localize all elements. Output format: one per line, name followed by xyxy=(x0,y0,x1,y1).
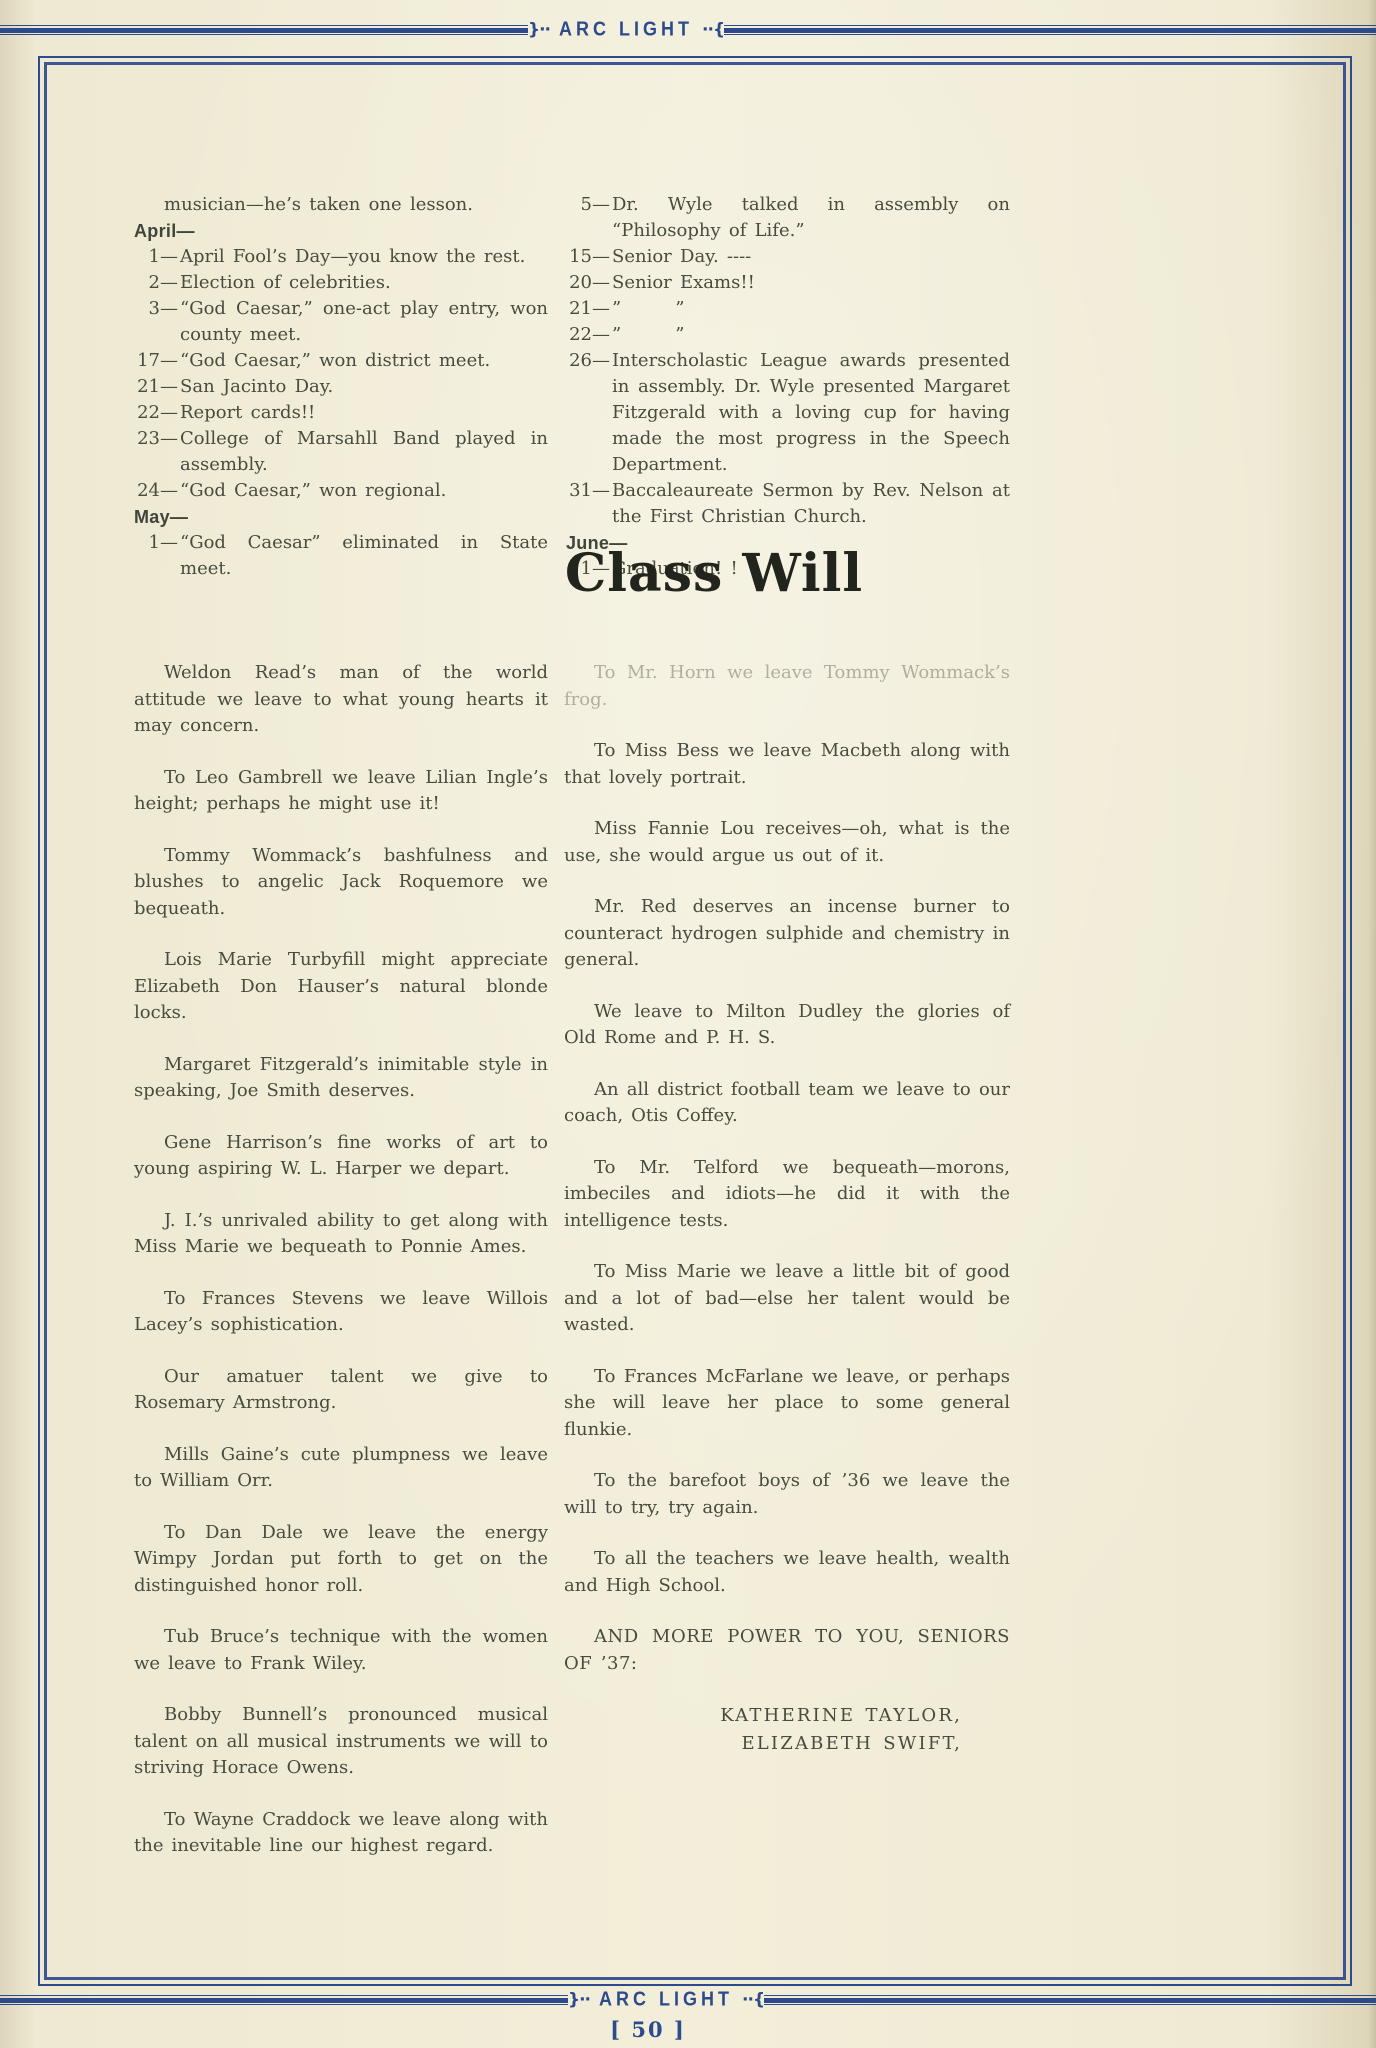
calendar-entry: 26—Interscholastic League awards present… xyxy=(566,348,1010,478)
page-number: [ 50 ] xyxy=(0,2017,1336,2042)
calendar-entry-text: ” ” xyxy=(612,296,1010,322)
will-paragraph: To Miss Marie we leave a little bit of g… xyxy=(564,1259,1010,1339)
will-paragraph: Margaret Fitzgerald’s inimitable style i… xyxy=(134,1052,548,1105)
will-paragraph: To Mr. Telford we bequeath—morons, imbec… xyxy=(564,1155,1010,1235)
calendar-entry-day: 31— xyxy=(566,478,610,530)
calendar-entry-day: 26— xyxy=(566,348,610,478)
rule-finial-right-icon xyxy=(742,1994,764,2006)
will-paragraph: To Frances Stevens we leave Willois Lace… xyxy=(134,1286,548,1339)
calendar-entry: 5—Dr. Wyle talked in assembly on “Philos… xyxy=(566,192,1010,244)
signature-block: KATHERINE TAYLOR,ELIZABETH SWIFT, xyxy=(564,1702,1010,1758)
calendar-entry-day: 3— xyxy=(134,296,178,348)
calendar-entry-text: Dr. Wyle talked in assembly on “Philosop… xyxy=(612,192,1010,244)
calendar-entry-day: 20— xyxy=(566,270,610,296)
will-paragraph: To all the teachers we leave health, wea… xyxy=(564,1546,1010,1599)
calendar-entry-text: ” ” xyxy=(612,322,1010,348)
will-paragraph: J. I.’s unrivaled ability to get along w… xyxy=(134,1208,548,1261)
footer-band: ARC LIGHT xyxy=(0,1989,1376,2010)
calendar-month-label: May— xyxy=(134,504,548,530)
calendar-entry-text: Senior Exams!! xyxy=(612,270,1010,296)
calendar-entry-text: Interscholastic League awards presented … xyxy=(612,348,1010,478)
calendar-entry: 31—Baccaleaureate Sermon by Rev. Nelson … xyxy=(566,478,1010,530)
signature-line: ELIZABETH SWIFT, xyxy=(564,1730,962,1758)
calendar-entry-text: Senior Day. ---- xyxy=(612,244,1010,270)
calendar-entry-day: 5— xyxy=(566,192,610,244)
class-will-title: Class Will xyxy=(26,543,1376,604)
will-paragraph: To Frances McFarlane we leave, or perhap… xyxy=(564,1364,1010,1444)
calendar-entry-text: College of Marsahll Band played in assem… xyxy=(180,426,548,478)
will-paragraph: AND MORE POWER TO YOU, SENIORS OF ’37: xyxy=(564,1624,1010,1677)
calendar-entry-text: San Jacinto Day. xyxy=(180,374,548,400)
calendar-entry: 20—Senior Exams!! xyxy=(566,270,1010,296)
calendar-column-left: musician—he’s taken one lesson.April—1—A… xyxy=(134,192,548,582)
calendar-month-label: April— xyxy=(134,218,548,244)
calendar-entry: 1—April Fool’s Day—you know the rest. xyxy=(134,244,548,270)
will-paragraph: Bobby Bunnell’s pronounced musical talen… xyxy=(134,1702,548,1782)
class-will-column-right: To Mr. Horn we leave Tommy Wommack’s fro… xyxy=(564,660,1010,1885)
calendar-column-right: 5—Dr. Wyle talked in assembly on “Philos… xyxy=(566,192,1010,582)
header-rule-left xyxy=(0,24,528,36)
calendar-entry: 3—“God Caesar,” one-act play entry, won … xyxy=(134,296,548,348)
calendar-entry: 21—” ” xyxy=(566,296,1010,322)
calendar-entry: 15—Senior Day. ---- xyxy=(566,244,1010,270)
calendar-entry-day: 17— xyxy=(134,348,178,374)
will-paragraph: Miss Fannie Lou receives—oh, what is the… xyxy=(564,816,1010,869)
calendar-entry: 22—” ” xyxy=(566,322,1010,348)
rule-finial-left-icon xyxy=(528,24,550,36)
calendar-entry-text: “God Caesar,” won district meet. xyxy=(180,348,548,374)
will-paragraph: Mr. Red deserves an incense burner to co… xyxy=(564,894,1010,974)
calendar-entry-day: 2— xyxy=(134,270,178,296)
will-paragraph: To Wayne Craddock we leave along with th… xyxy=(134,1807,548,1860)
calendar-carryover-line: musician—he’s taken one lesson. xyxy=(164,192,548,218)
calendar-entry-text: Baccaleaureate Sermon by Rev. Nelson at … xyxy=(612,478,1010,530)
footer-title: ARC LIGHT xyxy=(599,1988,733,2012)
header-title: ARC LIGHT xyxy=(559,18,693,42)
calendar-entry-day: 22— xyxy=(566,322,610,348)
footer-rule-right xyxy=(764,1994,1376,2006)
calendar-entry-day: 22— xyxy=(134,400,178,426)
footer-rule-left xyxy=(0,1994,568,2006)
calendar-entry-day: 21— xyxy=(134,374,178,400)
header-rule-right xyxy=(724,24,1376,36)
will-paragraph: An all district football team we leave t… xyxy=(564,1077,1010,1130)
calendar-entry: 21—San Jacinto Day. xyxy=(134,374,548,400)
will-paragraph: Gene Harrison’s fine works of art to you… xyxy=(134,1130,548,1183)
will-paragraph: Lois Marie Turbyfill might appreciate El… xyxy=(134,947,548,1027)
will-paragraph: To Dan Dale we leave the energy Wimpy Jo… xyxy=(134,1520,548,1600)
class-will-column-left: Weldon Read’s man of the world attitude … xyxy=(134,660,548,1885)
will-paragraph: Weldon Read’s man of the world attitude … xyxy=(134,660,548,740)
calendar-entry-text: “God Caesar,” one-act play entry, won co… xyxy=(180,296,548,348)
calendar-entry-text: Election of celebrities. xyxy=(180,270,548,296)
calendar-entry: 22—Report cards!! xyxy=(134,400,548,426)
header-band: ARC LIGHT xyxy=(0,19,1376,40)
rule-finial-left-icon xyxy=(568,1994,590,2006)
calendar-entry: 24—“God Caesar,” won regional. xyxy=(134,478,548,504)
will-paragraph: Our amatuer talent we give to Rosemary A… xyxy=(134,1364,548,1417)
will-paragraph: To Miss Bess we leave Macbeth along with… xyxy=(564,738,1010,791)
calendar-entry-day: 24— xyxy=(134,478,178,504)
will-paragraph: We leave to Milton Dudley the glories of… xyxy=(564,999,1010,1052)
will-paragraph: Tub Bruce’s technique with the women we … xyxy=(134,1624,548,1677)
will-paragraph: Mills Gaine’s cute plumpness we leave to… xyxy=(134,1442,548,1495)
class-will-section: Weldon Read’s man of the world attitude … xyxy=(134,660,1010,1885)
calendar-entry-day: 23— xyxy=(134,426,178,478)
signature-line: KATHERINE TAYLOR, xyxy=(564,1702,962,1730)
calendar-entry-text: April Fool’s Day—you know the rest. xyxy=(180,244,548,270)
calendar-entry-day: 15— xyxy=(566,244,610,270)
will-paragraph: To Leo Gambrell we leave Lilian Ingle’s … xyxy=(134,765,548,818)
calendar-entry-text: Report cards!! xyxy=(180,400,548,426)
calendar-entry-day: 1— xyxy=(134,244,178,270)
calendar-entry-text: “God Caesar,” won regional. xyxy=(180,478,548,504)
calendar-entry-day: 21— xyxy=(566,296,610,322)
will-paragraph: To Mr. Horn we leave Tommy Wommack’s fro… xyxy=(564,660,1010,713)
calendar-entry: 17—“God Caesar,” won district meet. xyxy=(134,348,548,374)
will-paragraph: To the barefoot boys of ’36 we leave the… xyxy=(564,1468,1010,1521)
will-paragraph: Tommy Wommack’s bashfulness and blushes … xyxy=(134,843,548,923)
calendar-entry: 23—College of Marsahll Band played in as… xyxy=(134,426,548,478)
rule-finial-right-icon xyxy=(702,24,724,36)
calendar-section: musician—he’s taken one lesson.April—1—A… xyxy=(134,192,1010,582)
calendar-entry: 2—Election of celebrities. xyxy=(134,270,548,296)
